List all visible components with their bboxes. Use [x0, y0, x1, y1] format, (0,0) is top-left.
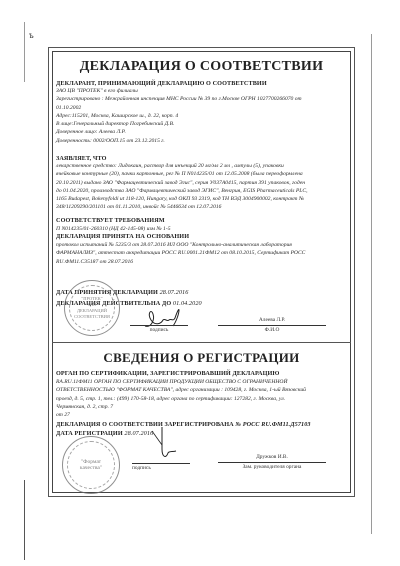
declarant-details: ЗАО ЦВ "ПРОТЕК" в его филиалы Зарегистри…	[56, 87, 346, 145]
registered-number: ДЕКЛАРАЦИЯ О СООТВЕТСТВИИ ЗАРЕГИСТРИРОВА…	[56, 421, 311, 428]
registered-value: № РОСС RU.ФМ11.Д57103	[235, 421, 310, 428]
signature-mark	[148, 425, 178, 465]
registration-line: Чермянская, д. 2, стр. 7	[56, 403, 346, 411]
signature-caption: подпись	[132, 465, 172, 471]
certification-body-stamp: "Формат качества"	[62, 436, 120, 494]
stamp-text: СООТВЕТСТВИЯ	[74, 314, 110, 320]
declarant-line: Зарегистрировано : Межрайонная инспекция…	[56, 95, 346, 103]
statement-details: лекарственное средство: Лидокаин, раство…	[56, 162, 346, 212]
signature-caption: подпись	[130, 327, 188, 333]
basis-details: протокол испытаний № 5235/3 от 28.07.201…	[56, 241, 346, 266]
basis-line: протокол испытаний № 5235/3 от 28.07.201…	[56, 241, 346, 249]
statement-line: до 01.04.2020, производства ЗАО "Фармаце…	[56, 187, 346, 195]
signer-name: Алеева Л.Р.	[222, 317, 322, 323]
signature-line	[130, 325, 188, 326]
stamp-text: качества"	[80, 465, 102, 471]
name-caption: Ф.И.О	[222, 327, 322, 333]
scan-edge-line	[371, 34, 372, 534]
conforms-heading: СООТВЕТСТВУЕТ ТРЕБОВАНИЯМ	[56, 217, 165, 224]
declarant-heading: ДЕКЛАРАНТ, ПРИНИМАЮЩИЙ ДЕКЛАРАЦИЮ О СООТ…	[56, 80, 267, 87]
declaration-title: ДЕКЛАРАЦИЯ О СООТВЕТСТВИИ	[52, 59, 351, 75]
registration-title: СВЕДЕНИЯ О РЕГИСТРАЦИИ	[52, 350, 351, 366]
registered-label: ДЕКЛАРАЦИЯ О СООТВЕТСТВИИ ЗАРЕГИСТРИРОВА…	[56, 421, 234, 428]
scan-edge-line	[24, 22, 25, 82]
registration-date: ДАТА РЕГИСТРАЦИИ 28.07.2016	[56, 430, 153, 437]
declarant-line: Доверенность: 0002/ООП.15 от 23.12.2015 …	[56, 137, 346, 145]
declarant-line: Доверенное лицо: Алеева Л.Р.	[56, 128, 346, 136]
name-line	[218, 325, 326, 326]
statement-line: 348/11209290/201101 от 01.11.2010, инвой…	[56, 203, 346, 211]
declarant-line: 01.10.2002	[56, 104, 346, 112]
basis-line: ФАРМАНАЛИЗ", аттестат аккредитации РОСС …	[56, 249, 346, 257]
registration-line: проезд, д. 5, стр. 1, тел.: (499) 170-58…	[56, 395, 346, 403]
registration-body-details: RA.RU.11ФМ11 ОРГАН ПО СЕРТИФИКАЦИИ ПРОДУ…	[56, 378, 346, 419]
section-divider	[52, 342, 351, 343]
page-mark: ъ	[29, 30, 34, 40]
statement-heading: ЗАЯВЛЯЕТ, ЧТО	[56, 155, 107, 162]
statement-line: 20.10.2011) выдано ЗАО "Фармацевтический…	[56, 179, 346, 187]
declarant-line: ЗАО ЦВ "ПРОТЕК" в его филиалы	[56, 87, 346, 95]
registration-line: от 27	[56, 411, 346, 419]
statement-line: ячейковые контурные (20), пачки картонны…	[56, 170, 346, 178]
signature-line	[132, 463, 190, 464]
scan-edge-line	[24, 480, 25, 560]
registration-line: ОТВЕТСТВЕННОСТЬЮ "ФОРМАТ КАЧЕСТВА", адре…	[56, 386, 346, 394]
declarant-line: Адрес:115201, Москва, Каширское ш., д. 2…	[56, 112, 346, 120]
accept-date-value: 28.07.2016	[160, 289, 189, 296]
registration-body-heading: ОРГАН ПО СЕРТИФИКАЦИИ, ЗАРЕГИСТРИРОВАВШИ…	[56, 370, 280, 377]
name-line	[218, 462, 326, 463]
registration-line: RA.RU.11ФМ11 ОРГАН ПО СЕРТИФИКАЦИИ ПРОДУ…	[56, 378, 346, 386]
statement-line: лекарственное средство: Лидокаин, раство…	[56, 162, 346, 170]
statement-line: 1165 Budapest, Bokenyfoldi ut 118-120, H…	[56, 195, 346, 203]
basis-line: RU.ФМ11.С35187 от 28.07.2016	[56, 258, 346, 266]
declarant-line: В лице:Генеральный директор Погребинский…	[56, 120, 346, 128]
company-stamp: "ПРОТЕК" ЗАО ДЕКЛАРАЦИЙ СООТВЕТСТВИЯ	[64, 280, 120, 336]
name-caption: Зам. руководителя органа	[218, 464, 326, 470]
basis-heading: ДЕКЛАРАЦИЯ ПРИНЯТА НА ОСНОВАНИИ	[56, 233, 189, 240]
signer-name: Дружков И.В.	[222, 454, 322, 460]
